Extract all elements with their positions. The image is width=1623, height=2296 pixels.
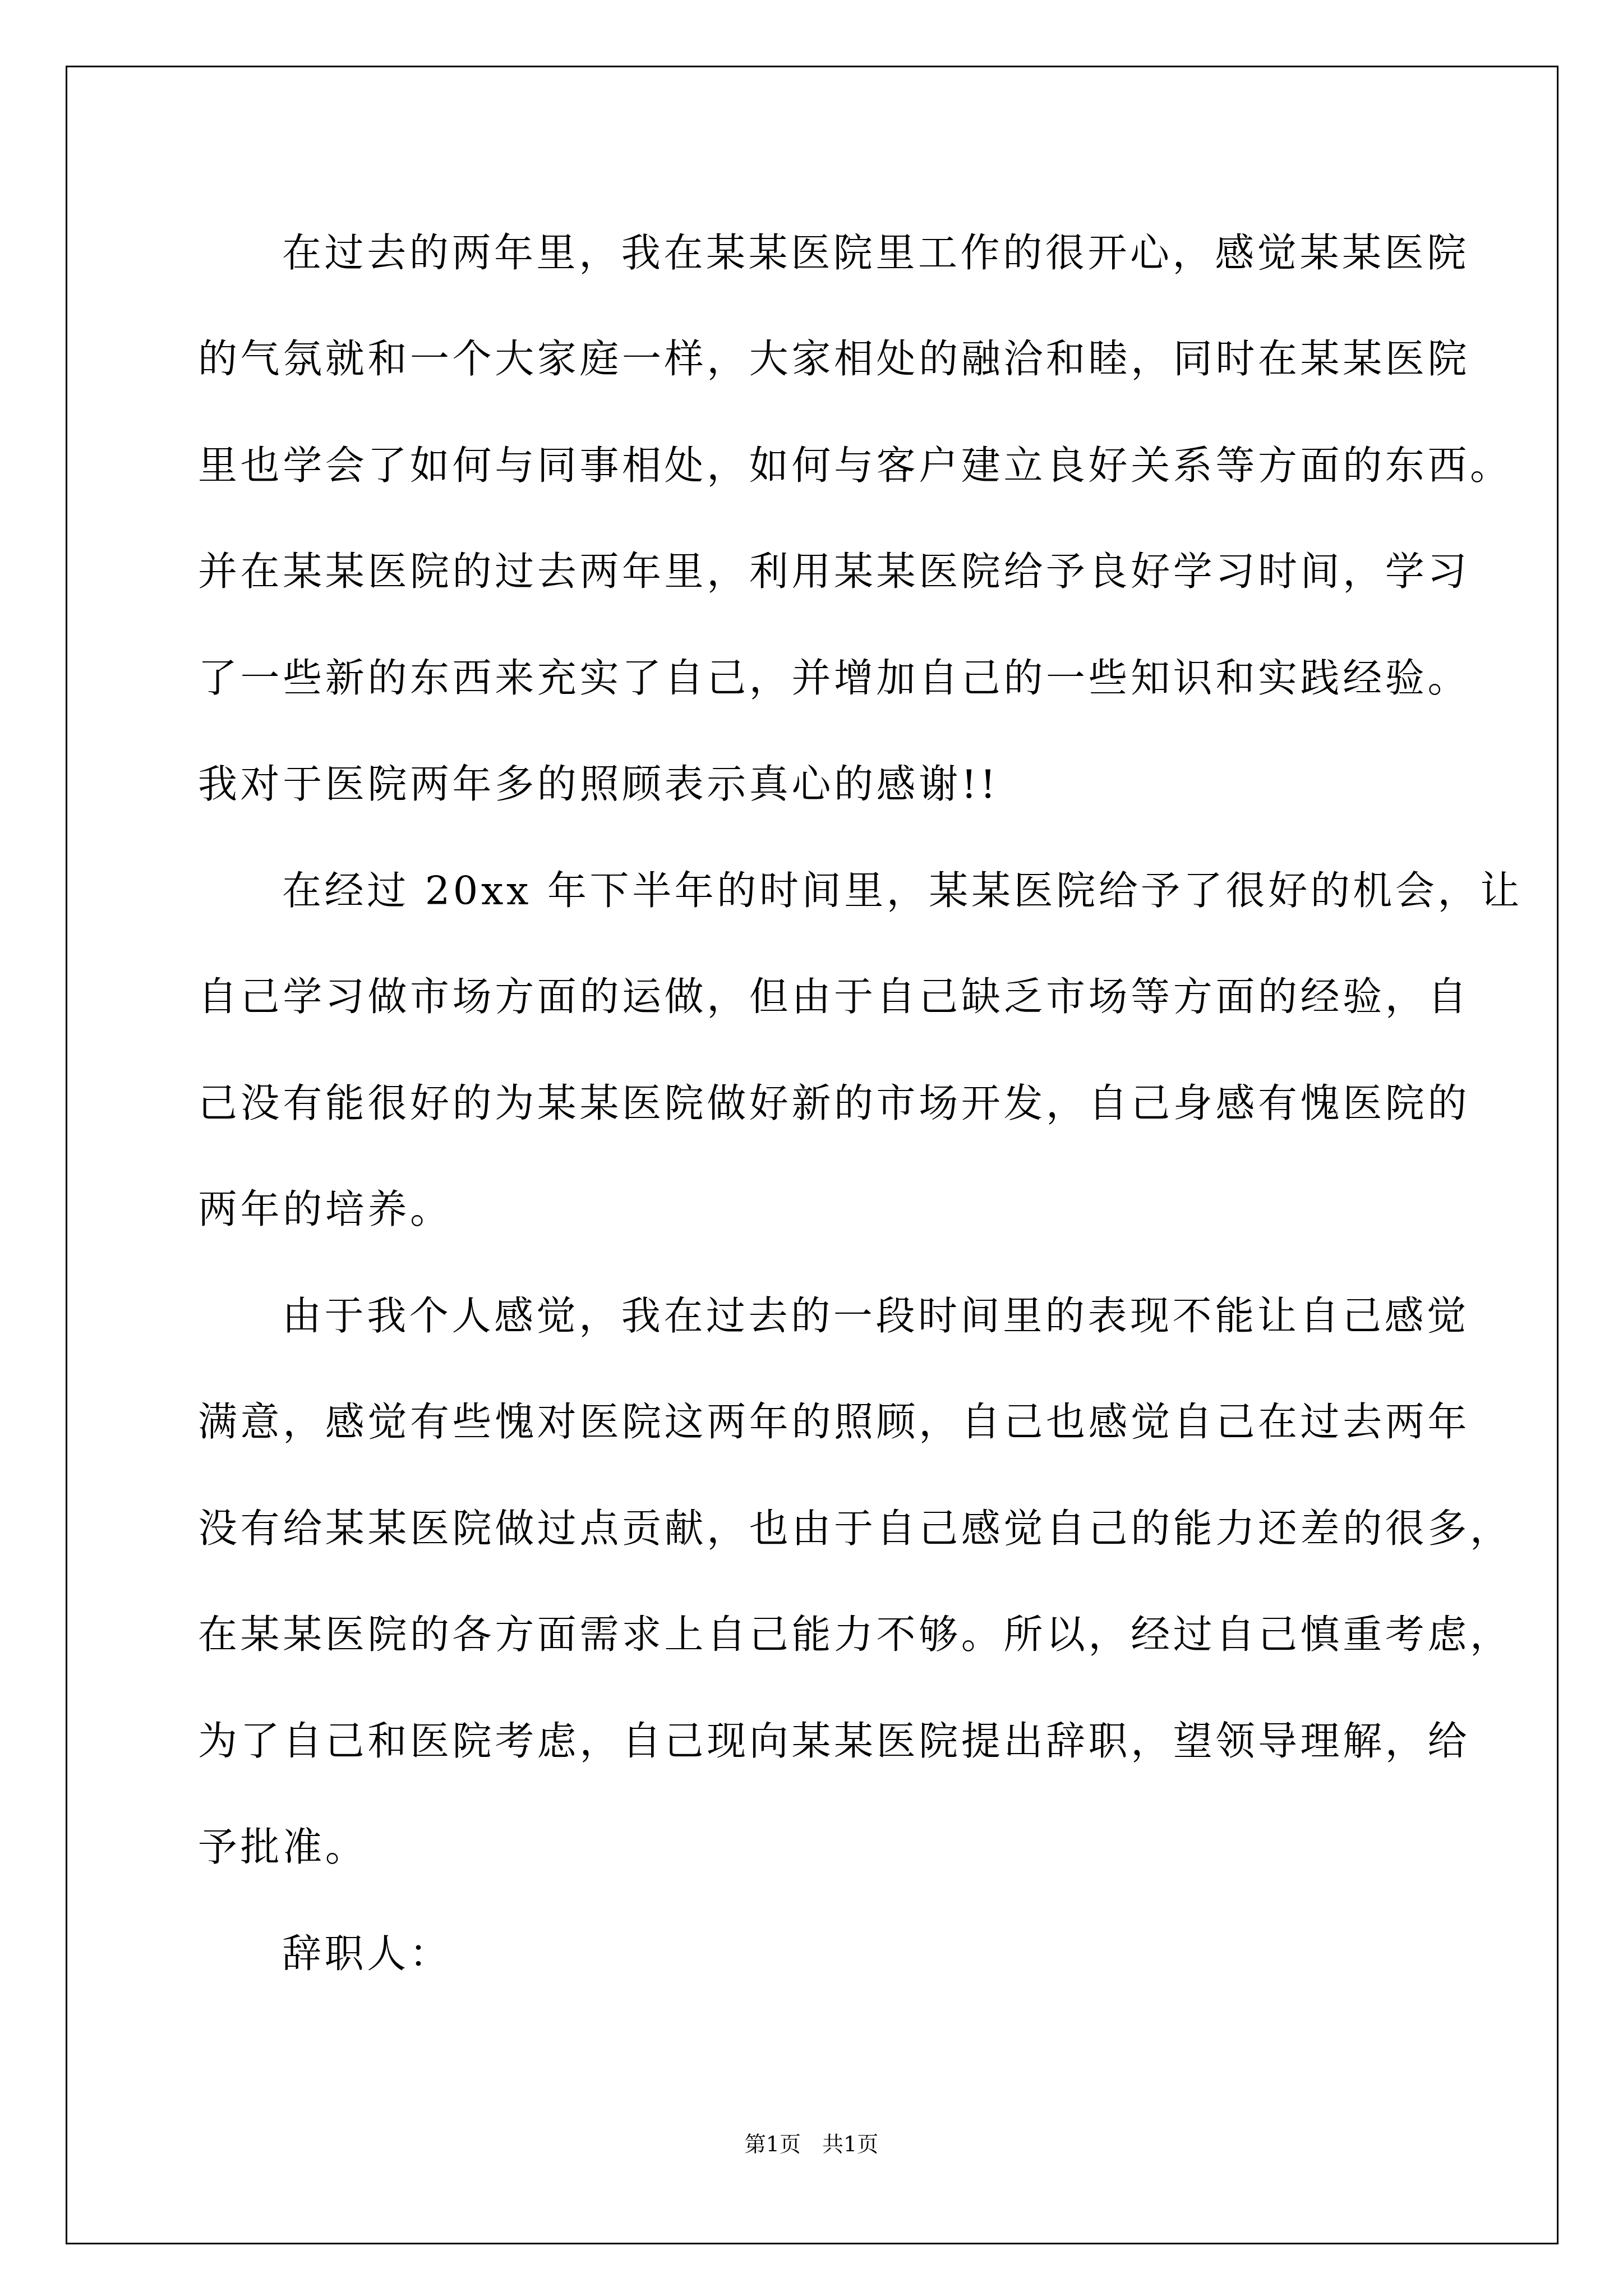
page-border-frame xyxy=(66,66,1559,2244)
text-line: 为了自己和医院考虑，自己现向某某医院提出辞职，望领导理解，给 xyxy=(198,1719,1470,1764)
text-line: 在过去的两年里，我在某某医院里工作的很开心，感觉某某医院 xyxy=(282,231,1469,275)
text-line: 的气氛就和一个大家庭一样，大家相处的融洽和睦，同时在某某医院 xyxy=(198,337,1470,381)
text-line: 满意，感觉有些愧对医院这两年的照顾，自己也感觉自己在过去两年 xyxy=(198,1400,1470,1444)
text-line: 在经过 20xx 年下半年的时间里，某某医院给予了很好的机会，让 xyxy=(282,868,1523,913)
page-number-footer: 第1页 共1页 xyxy=(0,2129,1623,2159)
text-line: 了一些新的东西来充实了自己，并增加自己的一些知识和实践经验。 xyxy=(198,656,1470,701)
text-line: 己没有能很好的为某某医院做好新的市场开发，自己身感有愧医院的 xyxy=(198,1081,1470,1126)
text-line: 我对于医院两年多的照顾表示真心的感谢!! xyxy=(198,762,999,807)
text-line: 并在某某医院的过去两年里，利用某某医院给予良好学习时间，学习 xyxy=(198,549,1470,594)
text-line: 在某某医院的各方面需求上自己能力不够。所以，经过自己慎重考虑， xyxy=(198,1612,1513,1657)
text-line: 没有给某某医院做过点贡献，也由于自己感觉自己的能力还差的很多， xyxy=(198,1506,1513,1551)
signature-label: 辞职人： xyxy=(282,1931,451,1976)
text-line: 里也学会了如何与同事相处，如何与客户建立良好关系等方面的东西。 xyxy=(198,443,1513,488)
text-line: 予批准。 xyxy=(198,1825,367,1870)
text-line: 自己学习做市场方面的运做，但由于自己缺乏市场等方面的经验，自 xyxy=(198,974,1470,1019)
text-line: 两年的培养。 xyxy=(198,1187,453,1232)
text-line: 由于我个人感觉，我在过去的一段时间里的表现不能让自己感觉 xyxy=(282,1294,1469,1338)
